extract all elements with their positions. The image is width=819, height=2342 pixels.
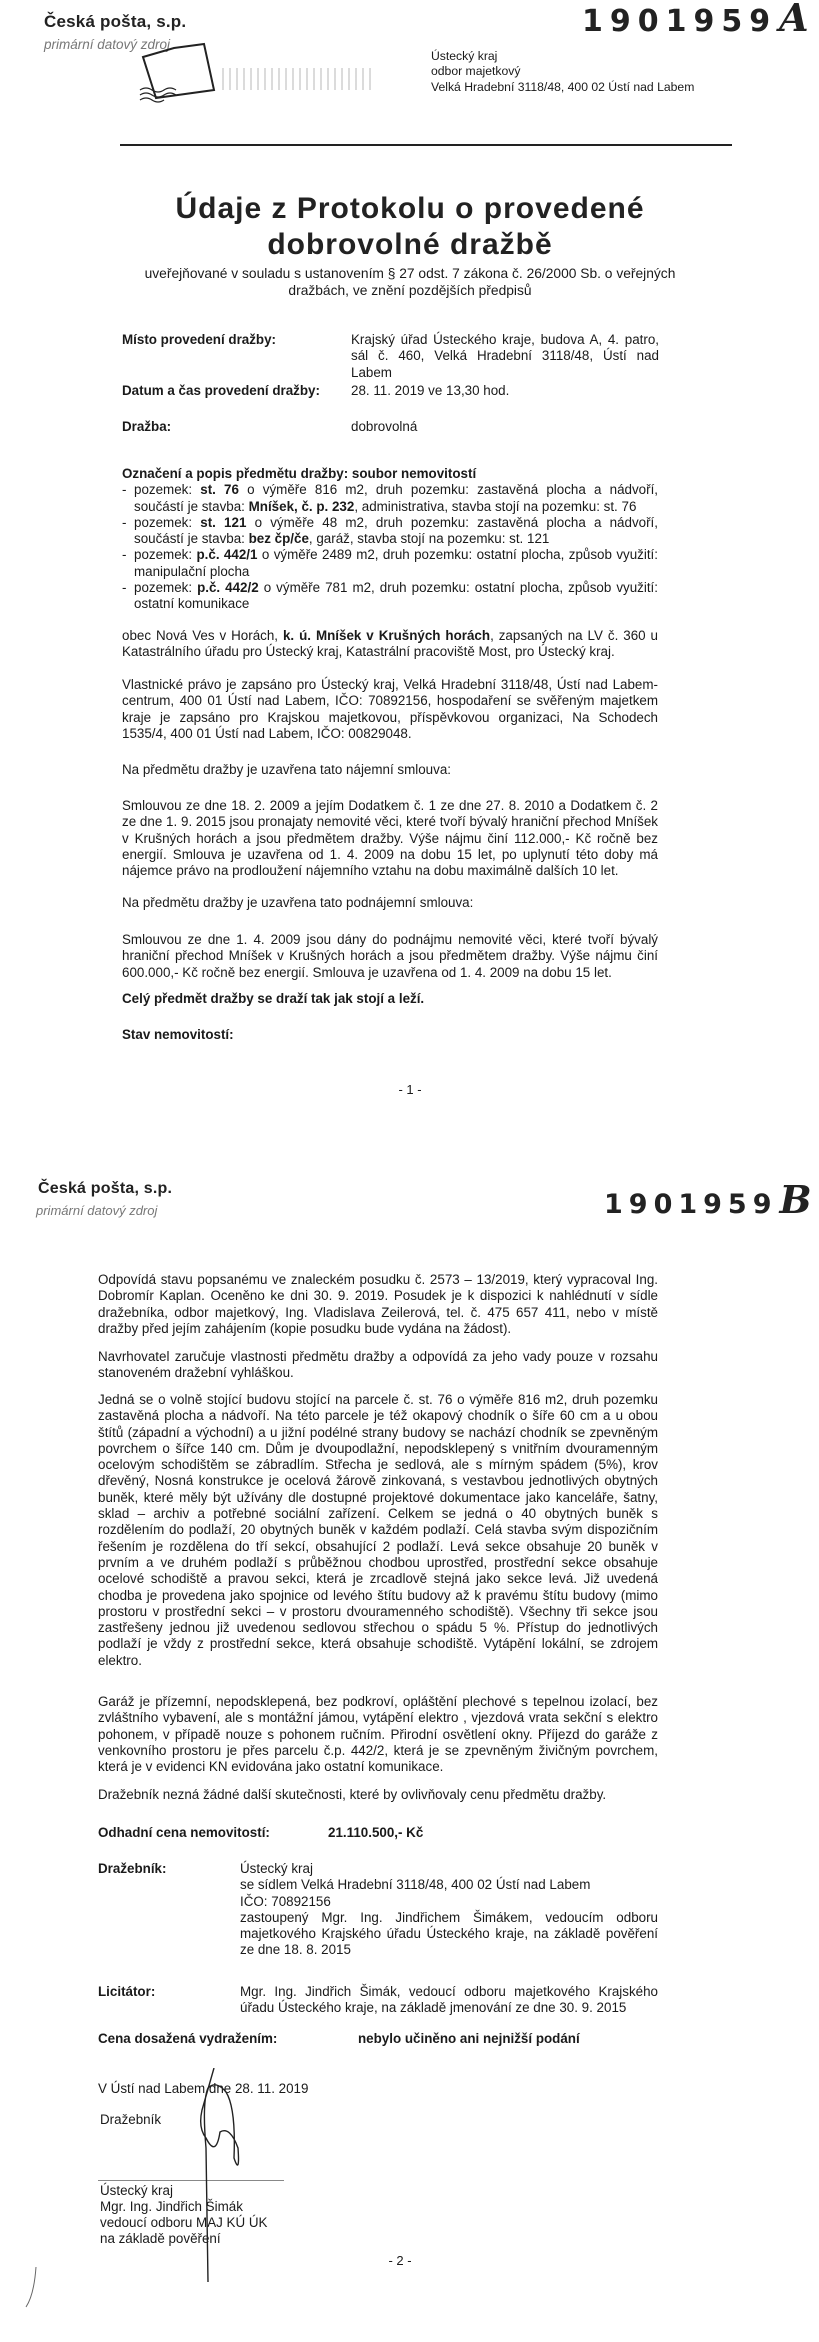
garage-description: Garáž je přízemní, nepodsklepená, bez po… — [98, 1694, 658, 1775]
document-number: 1901959 B — [604, 1192, 812, 1213]
header-divider — [120, 144, 732, 146]
document-number-letter: A — [779, 10, 808, 26]
price-value: nebylo učiněno ani nejnižší podání — [358, 2031, 580, 2047]
appraisal-paragraph: Odpovídá stavu popsanému ve znaleckém po… — [98, 1272, 658, 1337]
subject-item: pozemek: p.č. 442/1 o výměře 2489 m2, dr… — [122, 547, 658, 580]
document-title: Údaje z Protokolu o provedené dobrovolné… — [80, 191, 740, 263]
subtitle-line: uveřejňované v souladu s ustanovením § 2… — [100, 266, 720, 283]
price-label: Cena dosažená vydražením: — [98, 2031, 277, 2047]
post-subtitle: primární datový zdroj — [36, 1203, 157, 1219]
auctioneer-line: se sídlem Velká Hradební 3118/48, 400 02… — [240, 1877, 658, 1893]
recipient-address: Ústecký kraj odbor majetkový Velká Hrade… — [431, 49, 694, 95]
licitator-label: Licitátor: — [98, 1984, 155, 2000]
document-number-digits: 1901959 — [604, 1197, 778, 1213]
post-stamp-icon — [136, 40, 216, 104]
auctioneer-line: Ústecký kraj — [240, 1861, 658, 1877]
page-number: - 2 - — [370, 2253, 430, 2269]
state-heading: Stav nemovitostí: — [122, 1027, 234, 1043]
as-is-statement: Celý předmět dražby se draží tak jak sto… — [122, 991, 424, 1007]
auctioneer-line: zastoupený Mgr. Ing. Jindřichem Šimákem,… — [240, 1910, 658, 1959]
ownership-paragraph: Vlastnické právo je zapsáno pro Ústecký … — [122, 677, 658, 742]
subtitle-line: dražbách, ve znění pozdějších předpisů — [100, 283, 720, 300]
document-number: 1901959 A — [582, 10, 809, 30]
sublease-paragraph: Smlouvou ze dne 1. 4. 2009 jsou dány do … — [122, 932, 658, 981]
document-subtitle: uveřejňované v souladu s ustanovením § 2… — [100, 266, 720, 299]
address-line: Velká Hradební 3118/48, 400 02 Ústí nad … — [431, 80, 694, 95]
estimate-label: Odhadní cena nemovitostí: — [98, 1825, 270, 1841]
field-label-place: Místo provedení dražby: — [122, 332, 276, 348]
lease-heading: Na předmětu dražby je uzavřena tato náje… — [122, 762, 451, 778]
lease-paragraph: Smlouvou ze dne 18. 2. 2009 a jejím Doda… — [122, 798, 658, 879]
signer-role: Dražebník — [100, 2112, 161, 2128]
document-number-letter: B — [780, 1192, 812, 1208]
subject-item: pozemek: st. 76 o výměře 816 m2, druh po… — [122, 482, 658, 515]
no-other-facts: Dražebník nezná žádné další skutečnosti,… — [98, 1787, 606, 1803]
page-number: - 1 - — [380, 1082, 440, 1098]
margin-mark-icon — [20, 2265, 40, 2315]
building-description: Jedná se o volně stojící budovu stojící … — [98, 1392, 658, 1669]
field-value-auction-type: dobrovolná — [351, 419, 417, 435]
address-line: Ústecký kraj — [431, 49, 694, 64]
subject-item: pozemek: st. 121 o výměře 48 m2, druh po… — [122, 515, 658, 548]
post-name: Česká pošta, s.p. — [44, 14, 186, 30]
faded-stamp-text — [222, 68, 372, 90]
post-name: Česká pošta, s.p. — [38, 1181, 172, 1197]
field-label-datetime: Datum a čas provedení dražby: — [122, 383, 320, 399]
field-label-auction-type: Dražba: — [122, 419, 171, 435]
sublease-heading: Na předmětu dražby je uzavřena tato podn… — [122, 895, 473, 911]
location-paragraph: obec Nová Ves v Horách, k. ú. Mníšek v K… — [122, 628, 658, 661]
subject-item: pozemek: p.č. 442/2 o výměře 781 m2, dru… — [122, 580, 658, 613]
auctioneer-line: IČO: 70892156 — [240, 1894, 658, 1910]
field-value-datetime: 28. 11. 2019 ve 13,30 hod. — [351, 383, 509, 399]
field-value-place: Krajský úřad Ústeckého kraje, budova A, … — [351, 332, 659, 381]
title-line: Údaje z Protokolu o provedené — [80, 191, 740, 227]
subject-list: pozemek: st. 76 o výměře 816 m2, druh po… — [122, 482, 658, 612]
auctioneer-label: Dražebník: — [98, 1861, 166, 1877]
warranty-paragraph: Navrhovatel zaručuje vlastnosti předmětu… — [98, 1349, 658, 1382]
subject-heading: Označení a popis předmětu dražby: soubor… — [122, 466, 658, 482]
document-number-digits: 1901959 — [582, 14, 777, 30]
auctioneer-details: Ústecký kraj se sídlem Velká Hradební 31… — [240, 1861, 658, 1959]
address-line: odbor majetkový — [431, 64, 694, 79]
subject-section: Označení a popis předmětu dražby: soubor… — [122, 466, 658, 613]
estimate-value: 21.110.500,- Kč — [328, 1825, 423, 1841]
handwritten-signature-icon — [196, 2068, 296, 2282]
title-line: dobrovolné dražbě — [80, 227, 740, 263]
licitator-value: Mgr. Ing. Jindřich Šimák, vedoucí odboru… — [240, 1984, 658, 2017]
